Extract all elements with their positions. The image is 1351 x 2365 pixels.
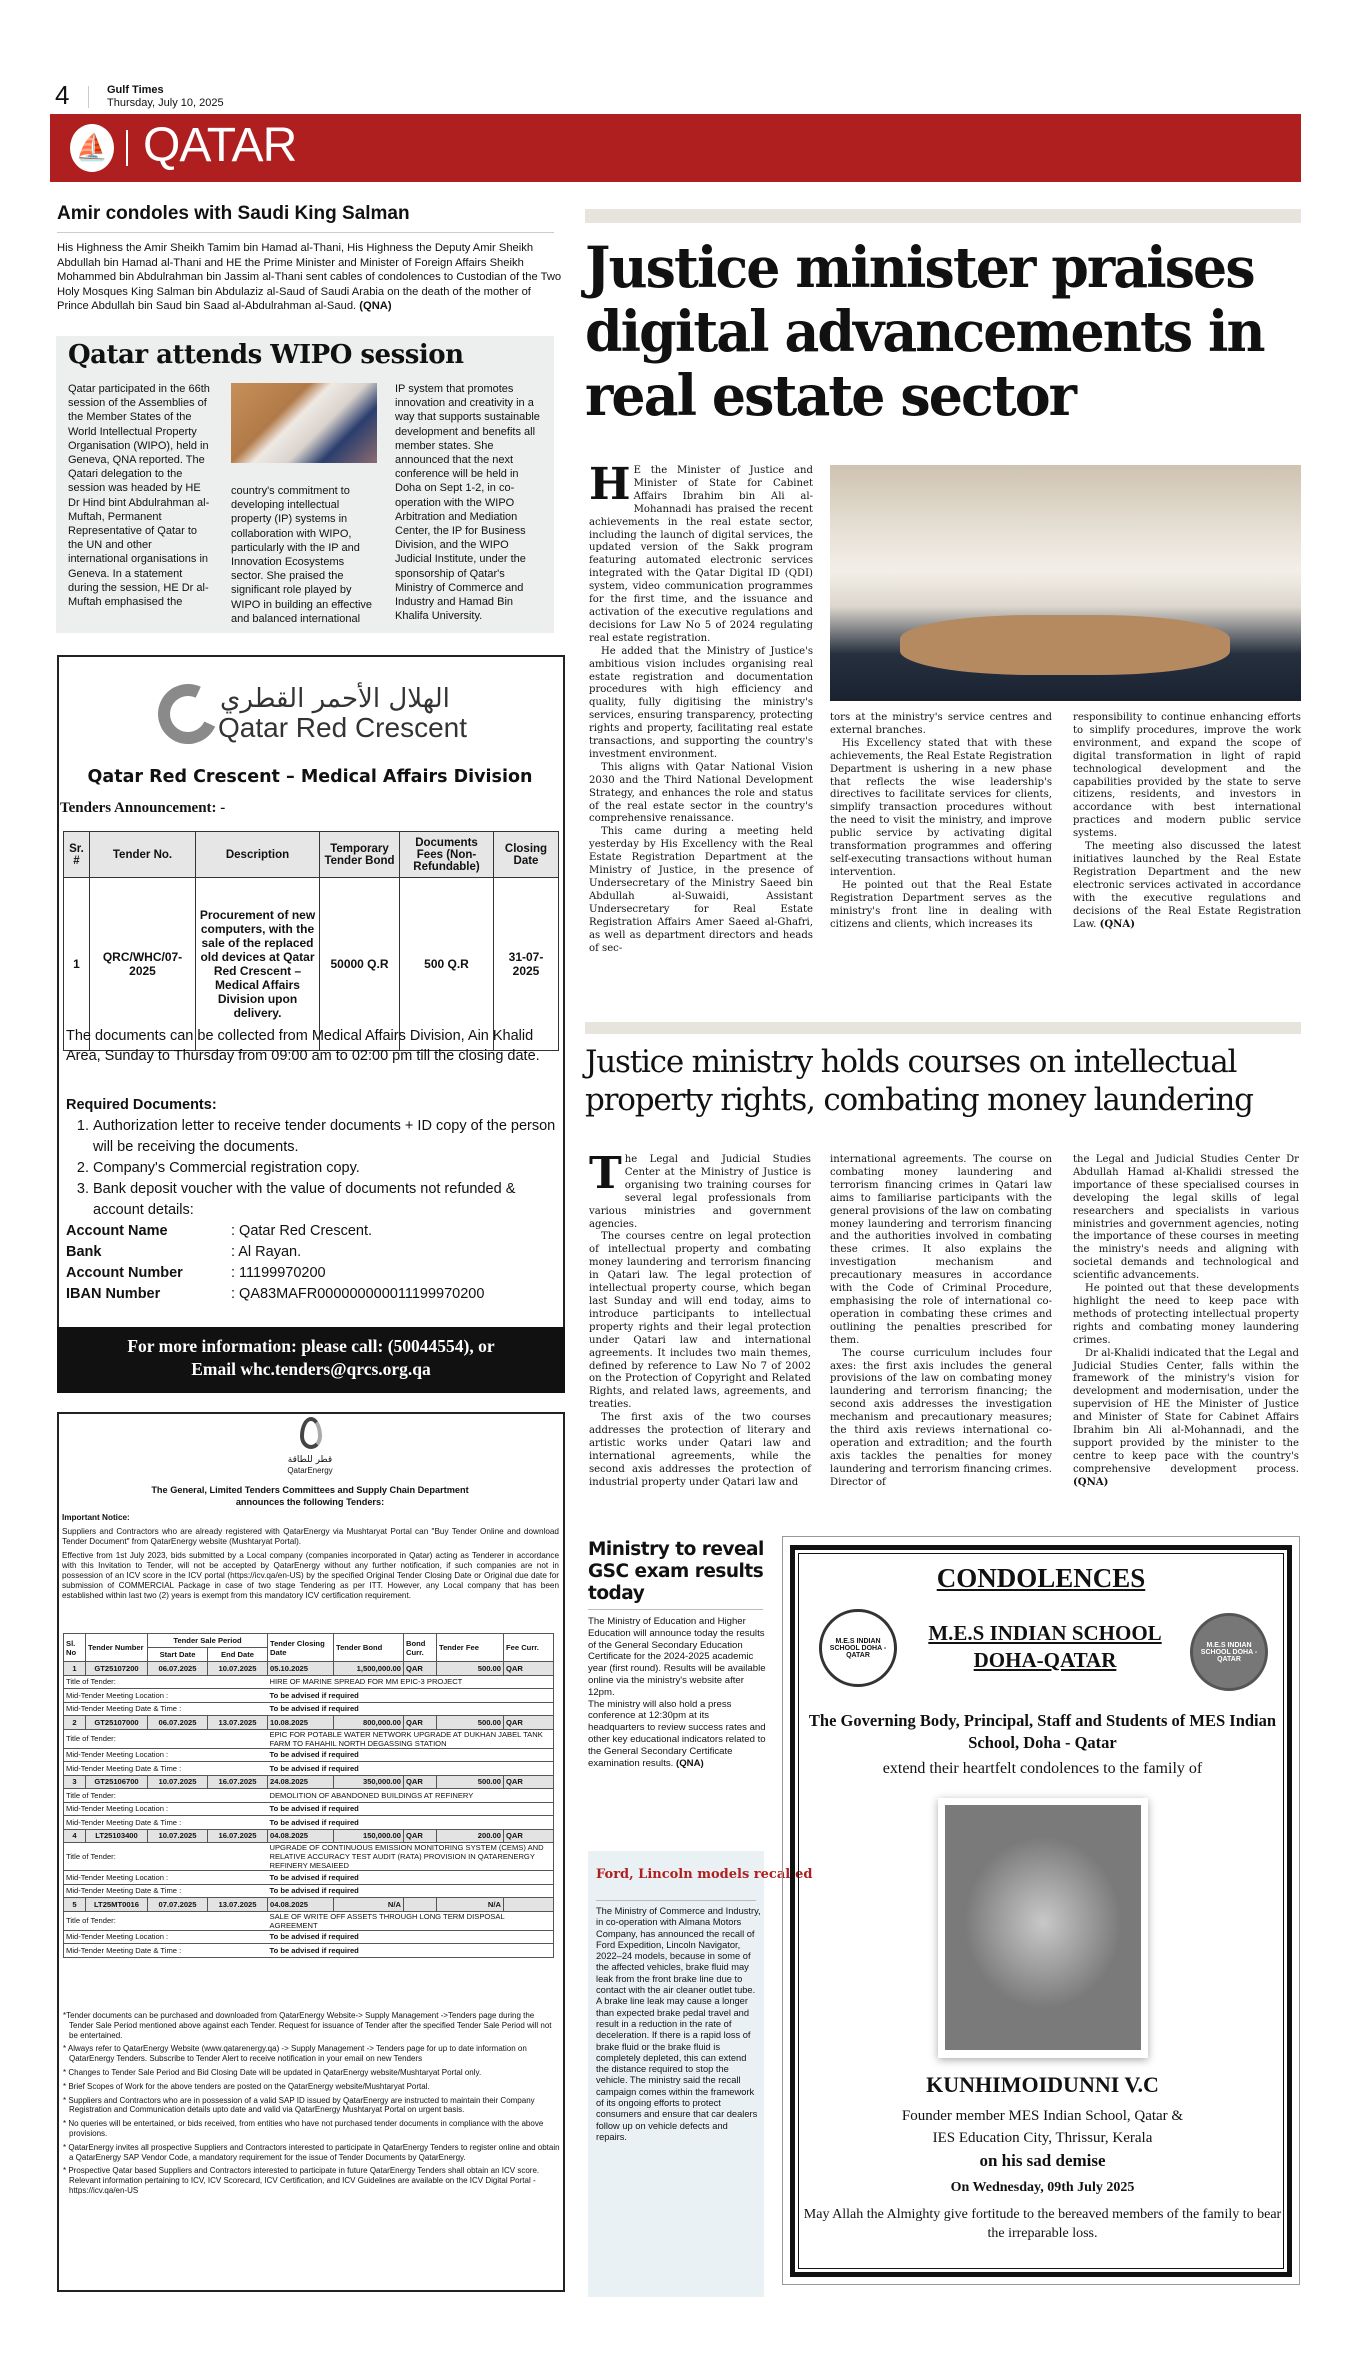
cell: 04.08.2025 [268,1898,334,1912]
detail-label: Title of Tender: [64,1911,268,1930]
cell: 1,500,000.00 [334,1662,404,1676]
cell: 07.07.2025 [148,1898,208,1912]
col-header: End Date [208,1648,268,1662]
tender-detail-row: Title of Tender:HIRE OF MARINE SPREAD FO… [64,1675,554,1689]
note: * Always refer to QatarEnergy Website (w… [63,2044,560,2064]
cell: 500.00 [437,1775,504,1789]
qrc-division: Qatar Red Crescent – Medical Affairs Div… [60,767,560,787]
publication-name: Gulf Times [107,84,164,96]
notice-text: Effective from 1st July 2023, bids submi… [62,1551,559,1601]
cell: 16.07.2025 [208,1829,268,1843]
tender-detail-row: Mid-Tender Meeting Date & Time :To be ad… [64,1702,554,1716]
detail-label: Title of Tender: [64,1729,268,1748]
credit: (QNA) [1073,1477,1108,1488]
cell: 13.07.2025 [208,1716,268,1730]
tender-detail-row: Mid-Tender Meeting Date & Time :To be ad… [64,1884,554,1898]
col-header: Description [196,832,320,878]
qe-logo-arabic: قطر للطاقة [280,1455,340,1465]
headline-rule [57,232,554,233]
ip-top-bar [585,1022,1301,1034]
detail-value: To be advised if required [268,1748,554,1762]
school-line: DOHA-QATAR [900,1647,1190,1674]
detail-value: To be advised if required [268,1702,554,1716]
tender-detail-row: Mid-Tender Meeting Location :To be advis… [64,1689,554,1703]
qe-table-body: 1GT2510720006.07.202510.07.202505.10.202… [64,1662,554,1958]
gsc-body: The Ministry of Education and Higher Edu… [588,1616,768,1769]
list-item: Bank deposit voucher with the value of d… [93,1179,556,1221]
lead-col-1: HE the Minister of Justice and Minister … [589,465,813,955]
qe-tender-table: Sl. No Tender Number Tender Sale Period … [63,1633,554,1958]
account-value: : Qatar Red Crescent. [231,1221,372,1242]
cell: 13.07.2025 [208,1898,268,1912]
credit: (QNA) [1100,919,1135,930]
droplet-logo-icon [300,1417,322,1449]
ip-headline: Justice ministry holds courses on intell… [585,1043,1305,1119]
qrc-contact-footer: For more information: please call: (5004… [57,1327,565,1393]
paragraph: He pointed out that these developments h… [1073,1283,1299,1348]
note: * QatarEnergy invites all prospective Su… [63,2143,560,2163]
cell: 24.08.2025 [268,1775,334,1789]
qrc-logo-arabic: الهلال الأحمر القطري [220,684,450,714]
col-header: Tender Bond [334,1634,404,1662]
list-item: Authorization letter to receive tender d… [93,1116,556,1158]
cell: 150,000.00 [334,1829,404,1843]
ip-col-3: the Legal and Judicial Studies Center Dr… [1073,1154,1299,1490]
headline-rule [588,1609,763,1610]
cell: N/A [437,1898,504,1912]
detail-value: HIRE OF MARINE SPREAD FOR MM EPIC-3 PROJ… [268,1675,554,1689]
col-header: Sl. No [64,1634,86,1662]
tender-detail-row: Title of Tender:EPIC FOR POTABLE WATER N… [64,1729,554,1748]
detail-label: Title of Tender: [64,1789,268,1803]
qrc-required-docs: Required Documents: Authorization letter… [66,1095,556,1305]
ford-headline: Ford, Lincoln models recalled [596,1868,812,1882]
paragraph: The courses centre on legal protection o… [589,1231,811,1412]
account-label: Account Name [66,1221,231,1242]
col-header: Tender Number [86,1634,148,1662]
founder-line: IES Education City, Thrissur, Kerala [800,2127,1285,2149]
banner-divider [126,130,128,166]
cell: 10.08.2025 [268,1716,334,1730]
list-item: Company's Commercial registration copy. [93,1158,556,1179]
detail-label: Title of Tender: [64,1843,268,1871]
detail-label: Mid-Tender Meeting Date & Time : [64,1816,268,1830]
col-header: Sr. # [64,832,90,878]
paragraph: The meeting also discussed the latest in… [1073,841,1301,929]
wipo-col-2: country's commitment to developing intel… [231,484,376,626]
cell: 350,000.00 [334,1775,404,1789]
col-header: Start Date [148,1648,208,1662]
table-row: 1 QRC/WHC/07-2025 Procurement of new com… [64,878,559,1051]
detail-label: Mid-Tender Meeting Location : [64,1871,268,1885]
prayer-text: May Allah the Almighty give fortitude to… [800,2205,1285,2243]
cell: 50000 Q.R [320,878,400,1051]
page-number: 4 [55,80,69,111]
tender-detail-row: Mid-Tender Meeting Date & Time :To be ad… [64,1944,554,1958]
note: * Changes to Tender Sale Period and Bid … [63,2068,560,2078]
col-header: Temporary Tender Bond [320,832,400,878]
detail-label: Mid-Tender Meeting Date & Time : [64,1884,268,1898]
cell: QAR [504,1829,554,1843]
cell: QAR [404,1775,437,1789]
col-header: Bond Curr. [404,1634,437,1662]
tender-row: 1GT2510720006.07.202510.07.202505.10.202… [64,1662,554,1676]
cell: 16.07.2025 [208,1775,268,1789]
cell [504,1898,554,1912]
notice-title: Important Notice: [62,1513,130,1522]
qrc-logo-english: Qatar Red Crescent [218,712,467,744]
cell: 10.07.2025 [208,1662,268,1676]
cell: QRC/WHC/07-2025 [90,878,196,1051]
section-title: QATAR [143,118,296,173]
paragraph: he Legal and Judicial Studies Center at … [589,1154,811,1230]
cell: N/A [334,1898,404,1912]
col-header: Documents Fees (Non-Refundable) [400,832,494,878]
paragraph: This came during a meeting held yesterda… [589,826,813,955]
qe-notes: *Tender documents can be purchased and d… [63,2011,560,2200]
detail-label: Mid-Tender Meeting Location : [64,1689,268,1703]
detail-label: Mid-Tender Meeting Date & Time : [64,1762,268,1776]
detail-label: Mid-Tender Meeting Location : [64,1930,268,1944]
tender-detail-row: Mid-Tender Meeting Location :To be advis… [64,1802,554,1816]
detail-label: Mid-Tender Meeting Date & Time : [64,1944,268,1958]
cell: 5 [64,1898,86,1912]
required-title: Required Documents: [66,1097,217,1113]
paragraph: The first axis of the two courses addres… [589,1412,811,1489]
tender-row: 5LT25MT001607.07.202513.07.202504.08.202… [64,1898,554,1912]
detail-label: Mid-Tender Meeting Date & Time : [64,1702,268,1716]
account-label: Bank [66,1242,231,1263]
demise-text: on his sad demise [800,2151,1285,2171]
dhow-boat-icon: ⛵ [70,124,114,172]
school-seal-icon: M.E.S INDIAN SCHOOL DOHA - QATAR [819,1609,897,1687]
tender-row: 2GT2510700006.07.202513.07.202510.08.202… [64,1716,554,1730]
paragraph: Dr al-Khalidi indicated that the Legal a… [1073,1348,1299,1475]
cell: 06.07.2025 [148,1716,208,1730]
cell: GT25106700 [86,1775,148,1789]
qe-title-line: announces the following Tenders: [60,1496,560,1508]
col-header: Tender Sale Period [148,1634,268,1648]
cell: 800,000.00 [334,1716,404,1730]
detail-value: To be advised if required [268,1802,554,1816]
tender-row: 3GT2510670010.07.202516.07.202524.08.202… [64,1775,554,1789]
credit: (QNA) [676,1758,704,1769]
cell: 4 [64,1829,86,1843]
detail-label: Mid-Tender Meeting Location : [64,1802,268,1816]
paragraph: tors at the ministry's service centres a… [830,712,1052,738]
cell: QAR [404,1716,437,1730]
detail-value: To be advised if required [268,1762,554,1776]
portrait-photo [945,1805,1141,2050]
account-value: : Al Rayan. [231,1242,301,1263]
governing-body-text: The Governing Body, Principal, Staff and… [800,1710,1285,1754]
tender-detail-row: Title of Tender:SALE OF WRITE OFF ASSETS… [64,1911,554,1930]
cell: 3 [64,1775,86,1789]
school-seal-icon: M.E.S INDIAN SCHOOL DOHA - QATAR [1190,1613,1268,1691]
lead-col-2: tors at the ministry's service centres a… [830,712,1052,931]
col-header: Tender Fee [437,1634,504,1662]
cell: GT25107200 [86,1662,148,1676]
tender-detail-row: Title of Tender:DEMOLITION OF ABANDONED … [64,1789,554,1803]
meeting-table [900,615,1230,675]
gsc-headline: Ministry to reveal GSC exam results toda… [588,1539,768,1605]
detail-value: To be advised if required [268,1689,554,1703]
lead-headline: Justice minister praises digital advance… [585,236,1276,428]
paragraph: responsibility to continue enhancing eff… [1073,712,1301,841]
note: * Brief Scopes of Work for the above ten… [63,2082,560,2092]
amir-text: His Highness the Amir Sheikh Tamim bin H… [57,242,561,312]
cell: QAR [504,1716,554,1730]
cell: 500.00 [437,1662,504,1676]
detail-label: Mid-Tender Meeting Location : [64,1748,268,1762]
school-name: M.E.S INDIAN SCHOOL DOHA-QATAR [900,1620,1190,1674]
paragraph: international agreements. The course on … [830,1154,1052,1348]
wipo-col-3: IP system that promotes innovation and c… [395,382,545,623]
cell: QAR [504,1775,554,1789]
account-row: IBAN Number: QA83MAFR0000000000111999702… [66,1284,556,1305]
cell [404,1898,437,1912]
cell: LT25103400 [86,1829,148,1843]
detail-value: To be advised if required [268,1871,554,1885]
credit: (QNA) [359,300,391,312]
detail-value: To be advised if required [268,1816,554,1830]
condolence-title: CONDOLENCES [790,1563,1292,1594]
cell: 1 [64,878,90,1051]
lead-col-3: responsibility to continue enhancing eff… [1073,712,1301,931]
wipo-col-1: Qatar participated in the 66th session o… [68,382,213,609]
qrc-announcement: Tenders Announcement: - [60,800,225,817]
account-row: Account Name: Qatar Red Crescent. [66,1221,556,1242]
ip-col-1: The Legal and Judicial Studies Center at… [589,1154,811,1490]
tender-detail-row: Mid-Tender Meeting Location :To be advis… [64,1930,554,1944]
cell: LT25MT0016 [86,1898,148,1912]
note: * No queries will be entertained, or bid… [63,2119,560,2139]
detail-value: DEMOLITION OF ABANDONED BUILDINGS AT REF… [268,1789,554,1803]
paragraph: He pointed out that the Real Estate Regi… [830,880,1052,932]
ip-col-2: international agreements. The course on … [830,1154,1052,1490]
tender-row: 4LT2510340010.07.202516.07.202504.08.202… [64,1829,554,1843]
qrc-collection-note: The documents can be collected from Medi… [66,1026,556,1066]
detail-value: EPIC FOR POTABLE WATER NETWORK UPGRADE A… [268,1729,554,1748]
col-header: Tender No. [90,832,196,878]
drop-cap: T [589,1155,622,1193]
tender-detail-row: Mid-Tender Meeting Location :To be advis… [64,1748,554,1762]
drop-cap: H [589,466,631,504]
detail-value: SALE OF WRITE OFF ASSETS THROUGH LONG TE… [268,1911,554,1930]
tender-detail-row: Title of Tender:UPGRADE OF CONTINUOUS EM… [64,1843,554,1871]
cell: 200.00 [437,1829,504,1843]
qe-logo-english: QatarEnergy [270,1466,350,1475]
cell: QAR [504,1662,554,1676]
note: * Prospective Qatar based Suppliers and … [63,2166,560,2195]
qe-title: The General, Limited Tenders Committees … [60,1484,560,1508]
tender-detail-row: Mid-Tender Meeting Location :To be advis… [64,1871,554,1885]
lead-photo [830,465,1301,701]
cell: 2 [64,1716,86,1730]
paragraph: The course curriculum includes four axes… [830,1348,1052,1490]
extend-text: extend their heartfelt condolences to th… [800,1760,1285,1778]
detail-value: To be advised if required [268,1930,554,1944]
qe-title-line: The General, Limited Tenders Committees … [60,1484,560,1496]
detail-value: To be advised if required [268,1944,554,1958]
amir-body: His Highness the Amir Sheikh Tamim bin H… [57,241,562,314]
qe-notice: Important Notice: Suppliers and Contract… [62,1513,559,1605]
note: * Suppliers and Contractors who are in p… [63,2096,560,2116]
header-divider [88,86,89,108]
cell: 500.00 [437,1716,504,1730]
paragraph: The Ministry of Education and Higher Edu… [588,1616,768,1699]
publication-date: Thursday, July 10, 2025 [107,97,224,109]
cell: 04.08.2025 [268,1829,334,1843]
headline-rule [596,1900,756,1901]
detail-value: UPGRADE OF CONTINUOUS EMISSION MONITORIN… [268,1843,554,1871]
cell: 05.10.2025 [268,1662,334,1676]
account-value: : QA83MAFR000000000011199970200 [231,1284,484,1305]
lead-top-bar [585,209,1301,223]
cell: 10.07.2025 [148,1829,208,1843]
deceased-name: KUNHIMOIDUNNI V.C [800,2072,1285,2098]
paragraph: He added that the Ministry of Justice's … [589,646,813,762]
paragraph: This aligns with Qatar National Vision 2… [589,762,813,827]
tender-detail-row: Mid-Tender Meeting Date & Time :To be ad… [64,1816,554,1830]
cell: 06.07.2025 [148,1662,208,1676]
amir-headline: Amir condoles with Saudi King Salman [57,203,410,225]
cell: 10.07.2025 [148,1775,208,1789]
cell: QAR [404,1662,437,1676]
cell: Procurement of new computers, with the s… [196,878,320,1051]
paragraph: His Excellency stated that with these ac… [830,738,1052,880]
col-header: Tender Closing Date [268,1634,334,1662]
account-label: IBAN Number [66,1284,231,1305]
note: *Tender documents can be purchased and d… [63,2011,560,2040]
tender-detail-row: Mid-Tender Meeting Date & Time :To be ad… [64,1762,554,1776]
detail-value: To be advised if required [268,1884,554,1898]
account-label: Account Number [66,1263,231,1284]
cell: 31-07-2025 [494,878,559,1051]
col-header: Closing Date [494,832,559,878]
contact-email[interactable]: Email whc.tenders@qrcs.org.qa [57,1358,565,1381]
school-line: M.E.S INDIAN SCHOOL [900,1620,1190,1647]
wipo-photo [231,383,377,463]
paragraph: the Legal and Judicial Studies Center Dr… [1073,1154,1299,1283]
contact-phone: For more information: please call: (5004… [57,1335,565,1358]
founder-line: Founder member MES Indian School, Qatar … [800,2105,1285,2127]
account-row: Bank: Al Rayan. [66,1242,556,1263]
account-value: : 11199970200 [231,1263,326,1284]
cell: QAR [404,1829,437,1843]
demise-date: On Wednesday, 09th July 2025 [800,2180,1285,2196]
col-header: Fee Curr. [504,1634,554,1662]
cell: 500 Q.R [400,878,494,1051]
founder-text: Founder member MES Indian School, Qatar … [800,2105,1285,2149]
cell: GT25107000 [86,1716,148,1730]
detail-label: Title of Tender: [64,1675,268,1689]
cell: 1 [64,1662,86,1676]
ford-body: The Ministry of Commerce and Industry, i… [596,1906,761,2143]
notice-text: Suppliers and Contractors who are alread… [62,1527,559,1547]
account-row: Account Number: 11199970200 [66,1263,556,1284]
qrc-tender-table: Sr. # Tender No. Description Temporary T… [63,831,559,1051]
wipo-headline: Qatar attends WIPO session [68,340,463,370]
